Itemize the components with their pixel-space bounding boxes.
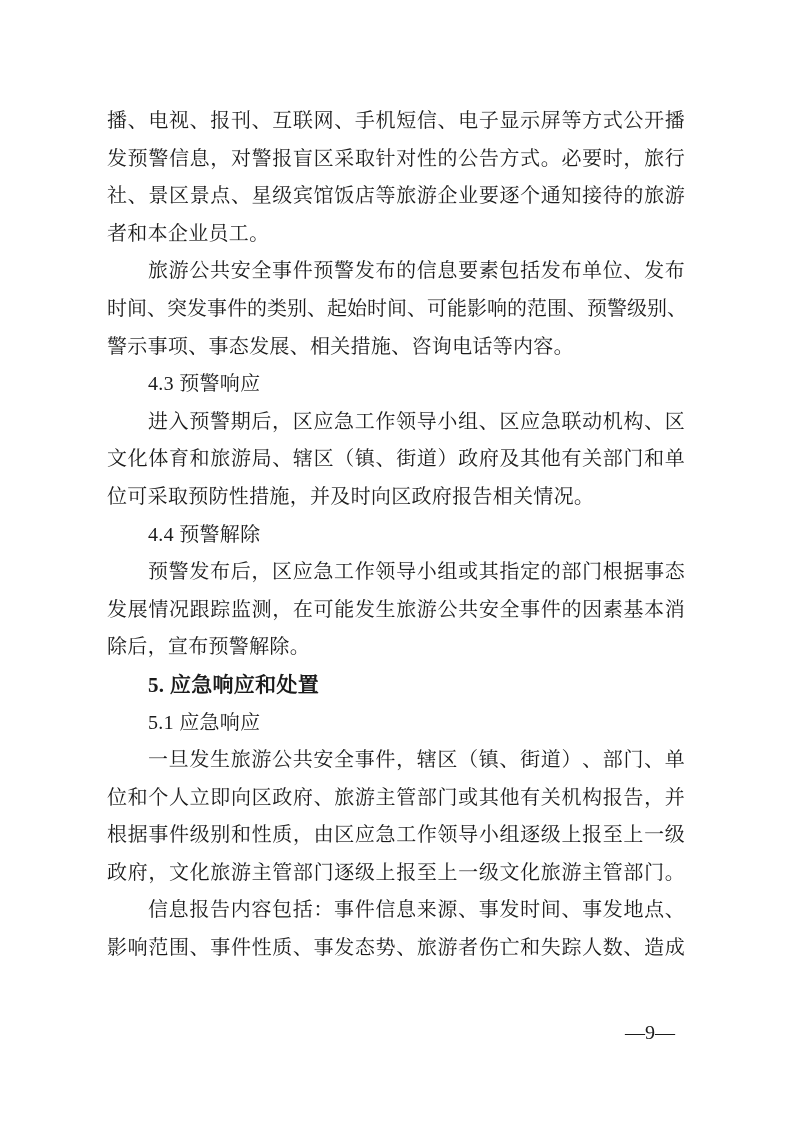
text-line: 社、景区景点、星级宾馆饭店等旅游企业要逐个通知接待的旅游: [107, 178, 685, 216]
text-line: 播、电视、报刊、互联网、手机短信、电子显示屏等方式公开播: [107, 103, 685, 141]
text-line: 5. 应急响应和处置: [107, 667, 685, 705]
text-line: 信息报告内容包括：事件信息来源、事发时间、事发地点、: [107, 892, 685, 930]
text-line: 影响范围、事件性质、事发态势、旅游者伤亡和失踪人数、造成: [107, 930, 685, 968]
text-line: 旅游公共安全事件预警发布的信息要素包括发布单位、发布: [107, 253, 685, 291]
text-line: 政府，文化旅游主管部门逐级上报至上一级文化旅游主管部门。: [107, 855, 685, 893]
text-line: 文化体育和旅游局、辖区（镇、街道）政府及其他有关部门和单: [107, 441, 685, 479]
text-line: 除后，宣布预警解除。: [107, 629, 685, 667]
text-line: 发预警信息，对警报盲区采取针对性的公告方式。必要时，旅行: [107, 141, 685, 179]
text-line: 位和个人立即向区政府、旅游主管部门或其他有关机构报告，并: [107, 780, 685, 818]
text-line: 位可采取预防性措施，并及时向区政府报告相关情况。: [107, 479, 685, 517]
text-line: 发展情况跟踪监测，在可能发生旅游公共安全事件的因素基本消: [107, 592, 685, 630]
text-line: 进入预警期后，区应急工作领导小组、区应急联动机构、区: [107, 404, 685, 442]
text-line: 一旦发生旅游公共安全事件，辖区（镇、街道）、部门、单: [107, 742, 685, 780]
text-line: 4.3 预警响应: [107, 366, 685, 404]
text-line: 4.4 预警解除: [107, 517, 685, 555]
text-line: 根据事件级别和性质，由区应急工作领导小组逐级上报至上一级: [107, 817, 685, 855]
text-line: 5.1 应急响应: [107, 705, 685, 743]
text-line: 警示事项、事态发展、相关措施、咨询电话等内容。: [107, 329, 685, 367]
page-number: —9—: [612, 1018, 688, 1048]
text-line: 者和本企业员工。: [107, 216, 685, 254]
document-page: 播、电视、报刊、互联网、手机短信、电子显示屏等方式公开播发预警信息，对警报盲区采…: [0, 0, 792, 1126]
text-line: 预警发布后，区应急工作领导小组或其指定的部门根据事态: [107, 554, 685, 592]
text-line: 时间、突发事件的类别、起始时间、可能影响的范围、预警级别、: [107, 291, 685, 329]
document-body: 播、电视、报刊、互联网、手机短信、电子显示屏等方式公开播发预警信息，对警报盲区采…: [107, 103, 685, 968]
